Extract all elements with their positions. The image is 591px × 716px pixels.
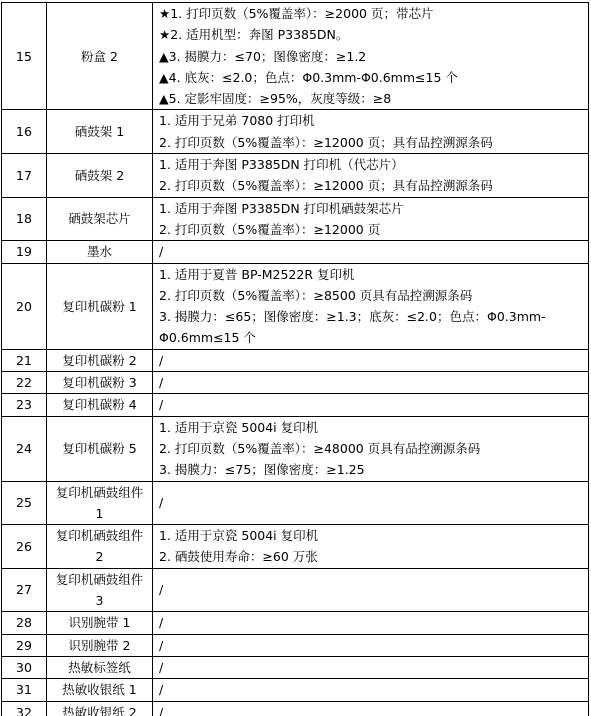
item-name-cell: 识别腕带 2 (47, 634, 153, 656)
table-row-17: 17 硒鼓架 2 1. 适用于奔图 P3385DN 打印机（代芯片）2. 打印页… (2, 154, 589, 198)
spec-line: / (159, 612, 584, 633)
spec-cell: / (153, 349, 589, 371)
item-name-cell: 复印机碳粉 5 (47, 416, 153, 481)
spec-cell: / (153, 372, 589, 394)
item-name-cell: 复印机碳粉 3 (47, 372, 153, 394)
table-row-18: 18 硒鼓架芯片 1. 适用于奔图 P3385DN 打印机硒鼓架芯片2. 打印页… (2, 197, 589, 241)
item-name: 复印机碳粉 1 (47, 296, 152, 317)
item-name-cell: 热敏收银纸 1 (47, 679, 153, 701)
spec-table-body: 15 粉盒 2 ★1. 打印页数（5%覆盖率）：≥2000 页；带芯片★2. 适… (2, 3, 589, 716)
table-row-19: 19 墨水 / (2, 241, 589, 263)
row-number: 16 (2, 110, 47, 154)
item-name-cell: 硒鼓架 2 (47, 154, 153, 198)
row-number: 20 (2, 263, 47, 349)
spec-line: / (159, 657, 584, 678)
row-number: 23 (2, 394, 47, 416)
spec-line: ▲4. 底灰：≤2.0；色点：Φ0.3mm-Φ0.6mm≤15 个 (159, 67, 584, 88)
item-name: 复印机硒鼓组件 1 (47, 482, 152, 525)
row-number: 28 (2, 612, 47, 634)
spec-line: 1. 适用于京瓷 5004i 复印机 (159, 525, 584, 546)
spec-line: 2. 打印页数（5%覆盖率）：≥12000 页；具有品控溯源条码 (159, 132, 584, 153)
table-row-20: 20 复印机碳粉 1 1. 适用于夏普 BP-M2522R 复印机2. 打印页数… (2, 263, 589, 349)
row-number: 25 (2, 481, 47, 525)
table-row-30: 30 热敏标签纸 / (2, 656, 589, 678)
spec-cell: ★1. 打印页数（5%覆盖率）：≥2000 页；带芯片★2. 适用机型：奔图 P… (153, 3, 589, 110)
item-name-cell: 热敏标签纸 (47, 656, 153, 678)
spec-line: / (159, 579, 584, 600)
table-row-21: 21 复印机碳粉 2 / (2, 349, 589, 371)
table-row-25: 25 复印机硒鼓组件 1 / (2, 481, 589, 525)
spec-cell: / (153, 656, 589, 678)
row-number: 29 (2, 634, 47, 656)
item-name: 粉盒 2 (47, 46, 152, 67)
item-name: 复印机碳粉 4 (47, 394, 152, 415)
row-number: 31 (2, 679, 47, 701)
spec-cell: 1. 适用于京瓷 5004i 复印机2. 硒鼓使用寿命：≥60 万张 (153, 525, 589, 569)
spec-cell: / (153, 481, 589, 525)
spec-cell: / (153, 241, 589, 263)
row-number: 15 (2, 3, 47, 110)
row-number: 30 (2, 656, 47, 678)
spec-line: / (159, 635, 584, 656)
spec-line: 1. 适用于夏普 BP-M2522R 复印机 (159, 264, 584, 285)
item-name: 识别腕带 2 (47, 635, 152, 656)
spec-line: 3. 揭膜力：≤65；图像密度：≥1.3；底灰：≤2.0；色点：Φ0.3mm-Φ… (159, 306, 584, 349)
item-name: 热敏收银纸 2 (47, 702, 152, 716)
item-name-cell: 复印机硒鼓组件 1 (47, 481, 153, 525)
spec-line: ★2. 适用机型：奔图 P3385DN。 (159, 24, 584, 45)
item-name-cell: 硒鼓架芯片 (47, 197, 153, 241)
item-name: 复印机碳粉 5 (47, 438, 152, 459)
item-name: 硒鼓架 1 (47, 121, 152, 142)
table-row-16: 16 硒鼓架 1 1. 适用于兄弟 7080 打印机2. 打印页数（5%覆盖率）… (2, 110, 589, 154)
row-number: 21 (2, 349, 47, 371)
table-row-31: 31 热敏收银纸 1 / (2, 679, 589, 701)
item-name: 复印机碳粉 3 (47, 372, 152, 393)
table-row-15: 15 粉盒 2 ★1. 打印页数（5%覆盖率）：≥2000 页；带芯片★2. 适… (2, 3, 589, 110)
item-name-cell: 热敏收银纸 2 (47, 701, 153, 716)
spec-line: 1. 适用于兄弟 7080 打印机 (159, 110, 584, 131)
spec-cell: / (153, 568, 589, 612)
item-name-cell: 粉盒 2 (47, 3, 153, 110)
spec-cell: / (153, 394, 589, 416)
spec-cell: / (153, 701, 589, 716)
item-name-cell: 复印机碳粉 4 (47, 394, 153, 416)
row-number: 19 (2, 241, 47, 263)
item-name: 复印机硒鼓组件 2 (47, 525, 152, 568)
spec-line: / (159, 350, 584, 371)
item-name: 识别腕带 1 (47, 612, 152, 633)
table-row-26: 26 复印机硒鼓组件 2 1. 适用于京瓷 5004i 复印机2. 硒鼓使用寿命… (2, 525, 589, 569)
item-name-cell: 硒鼓架 1 (47, 110, 153, 154)
spec-line: 1. 适用于奔图 P3385DN 打印机（代芯片） (159, 154, 584, 175)
spec-cell: 1. 适用于奔图 P3385DN 打印机（代芯片）2. 打印页数（5%覆盖率）：… (153, 154, 589, 198)
row-number: 32 (2, 701, 47, 716)
spec-line: 1. 适用于奔图 P3385DN 打印机硒鼓架芯片 (159, 198, 584, 219)
row-number: 22 (2, 372, 47, 394)
spec-line: 1. 适用于京瓷 5004i 复印机 (159, 417, 584, 438)
item-name: 复印机碳粉 2 (47, 350, 152, 371)
table-row-28: 28 识别腕带 1 / (2, 612, 589, 634)
spec-table: 15 粉盒 2 ★1. 打印页数（5%覆盖率）：≥2000 页；带芯片★2. 适… (1, 2, 589, 716)
row-number: 26 (2, 525, 47, 569)
table-row-29: 29 识别腕带 2 / (2, 634, 589, 656)
table-row-23: 23 复印机碳粉 4 / (2, 394, 589, 416)
spec-cell: / (153, 634, 589, 656)
spec-line: / (159, 702, 584, 716)
spec-line: ▲5. 定影牢固度：≥95%，灰度等级：≥8 (159, 88, 584, 109)
row-number: 17 (2, 154, 47, 198)
spec-line: ▲3. 揭膜力：≤70；图像密度：≥1.2 (159, 46, 584, 67)
spec-line: 2. 打印页数（5%覆盖率）：≥8500 页具有品控溯源条码 (159, 285, 584, 306)
table-row-32: 32 热敏收银纸 2 / (2, 701, 589, 716)
row-number: 18 (2, 197, 47, 241)
item-name: 硒鼓架芯片 (47, 208, 152, 229)
spec-cell: 1. 适用于夏普 BP-M2522R 复印机2. 打印页数（5%覆盖率）：≥85… (153, 263, 589, 349)
table-row-22: 22 复印机碳粉 3 / (2, 372, 589, 394)
spec-line: 2. 打印页数（5%覆盖率）：≥12000 页；具有品控溯源条码 (159, 175, 584, 196)
spec-line: 2. 打印页数（5%覆盖率）：≥48000 页具有品控溯源条码 (159, 438, 584, 459)
table-row-27: 27 复印机硒鼓组件 3 / (2, 568, 589, 612)
spec-line: 2. 硒鼓使用寿命：≥60 万张 (159, 546, 584, 567)
spec-line: 2. 打印页数（5%覆盖率）：≥12000 页 (159, 219, 584, 240)
spec-line: / (159, 679, 584, 700)
spec-line: / (159, 394, 584, 415)
spec-line: 3. 揭膜力：≤75；图像密度：≥1.25 (159, 459, 584, 480)
spec-cell: / (153, 612, 589, 634)
item-name-cell: 识别腕带 1 (47, 612, 153, 634)
spec-line: / (159, 241, 584, 262)
item-name-cell: 复印机碳粉 1 (47, 263, 153, 349)
spec-cell: 1. 适用于兄弟 7080 打印机2. 打印页数（5%覆盖率）：≥12000 页… (153, 110, 589, 154)
item-name-cell: 复印机硒鼓组件 3 (47, 568, 153, 612)
item-name-cell: 复印机碳粉 2 (47, 349, 153, 371)
table-row-24: 24 复印机碳粉 5 1. 适用于京瓷 5004i 复印机2. 打印页数（5%覆… (2, 416, 589, 481)
item-name-cell: 复印机硒鼓组件 2 (47, 525, 153, 569)
item-name: 热敏收银纸 1 (47, 679, 152, 700)
row-number: 27 (2, 568, 47, 612)
spec-cell: 1. 适用于京瓷 5004i 复印机2. 打印页数（5%覆盖率）：≥48000 … (153, 416, 589, 481)
spec-cell: 1. 适用于奔图 P3385DN 打印机硒鼓架芯片2. 打印页数（5%覆盖率）：… (153, 197, 589, 241)
spec-line: / (159, 372, 584, 393)
item-name: 硒鼓架 2 (47, 165, 152, 186)
item-name: 热敏标签纸 (47, 657, 152, 678)
item-name: 墨水 (47, 241, 152, 262)
spec-cell: / (153, 679, 589, 701)
spec-line: / (159, 492, 584, 513)
row-number: 24 (2, 416, 47, 481)
item-name-cell: 墨水 (47, 241, 153, 263)
item-name: 复印机硒鼓组件 3 (47, 569, 152, 612)
spec-line: ★1. 打印页数（5%覆盖率）：≥2000 页；带芯片 (159, 3, 584, 24)
